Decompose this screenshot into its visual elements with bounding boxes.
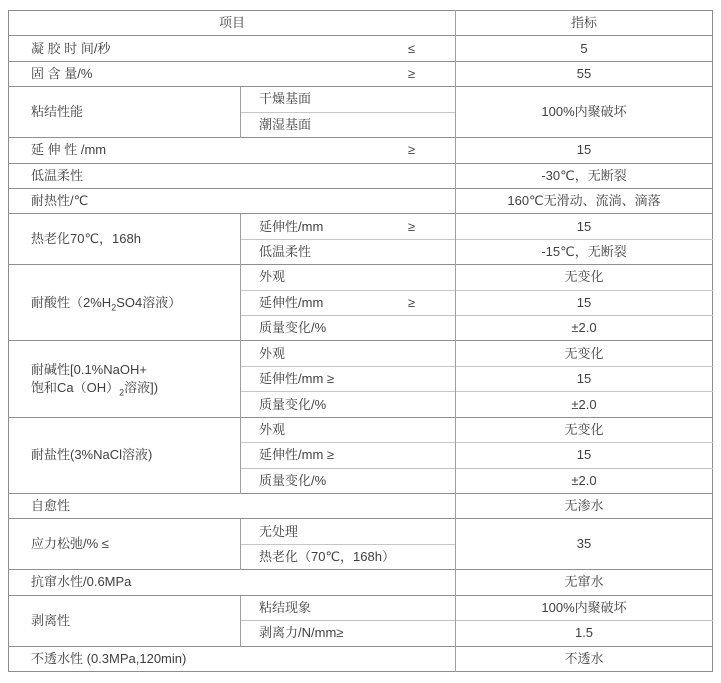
row-heat-resistance: 耐热性/℃ 160℃无滑动、流淌、滴落 <box>9 188 713 213</box>
self-healing-value: 无渗水 <box>456 494 713 519</box>
gel-time-label-cell: 凝 胶 时 间/秒 ≤ <box>9 36 456 61</box>
heat-resistance-label: 耐热性/℃ <box>9 188 456 213</box>
acid-label-cell: 耐酸性（2%H2SO4溶液） <box>9 265 241 341</box>
salt-mass-sublabel: 质量变化/% <box>241 468 456 493</box>
gel-time-value: 5 <box>456 36 713 61</box>
row-self-healing: 自愈性 无渗水 <box>9 494 713 519</box>
stress-relaxation-untreated-sublabel: 无处理 <box>241 519 456 544</box>
row-anti-water-channeling: 抗窜水性/0.6MPa 无窜水 <box>9 570 713 595</box>
gte-symbol: ≥ <box>408 141 415 159</box>
anti-water-channeling-label: 抗窜水性/0.6MPa <box>9 570 456 595</box>
solid-content-label-cell: 固 含 量/% ≥ <box>9 61 456 86</box>
gte-symbol: ≥ <box>408 294 415 312</box>
alkali-elongation-value: 15 <box>456 366 713 391</box>
heat-resistance-value: 160℃无滑动、流淌、滴落 <box>456 188 713 213</box>
alkali-label-line2-pre: 饱和Ca（OH） <box>31 380 119 395</box>
row-stress-relaxation-untreated: 应力松弛/% ≤ 无处理 35 <box>9 519 713 544</box>
row-salt-appearance: 耐盐性(3%NaCl溶液) 外观 无变化 <box>9 417 713 442</box>
stress-relaxation-heat-aged-sublabel: 热老化（70℃，168h） <box>241 544 456 569</box>
header-index-cell: 指标 <box>456 11 713 36</box>
acid-appearance-sublabel: 外观 <box>241 265 456 290</box>
solid-content-label: 固 含 量/% <box>31 65 92 83</box>
acid-label-pre: 耐酸性（2%H <box>31 295 111 310</box>
bonding-dry-sublabel: 干燥基面 <box>241 87 456 112</box>
acid-mass-value: ±2.0 <box>456 316 713 341</box>
row-low-temp-flex: 低温柔性 -30℃，无断裂 <box>9 163 713 188</box>
row-alkali-appearance: 耐碱性[0.1%NaOH+ 饱和Ca（OH）2溶液]) 外观 无变化 <box>9 341 713 366</box>
table-header-row: 项目 指标 <box>9 11 713 36</box>
alkali-label-line1: 耐碱性[0.1%NaOH+ <box>31 362 147 377</box>
peel-label-cell: 剥离性 <box>9 595 241 646</box>
salt-appearance-sublabel: 外观 <box>241 417 456 442</box>
salt-elongation-sublabel: 延伸性/mm ≥ <box>241 443 456 468</box>
row-heat-aging-elongation: 热老化70℃，168h 延伸性/mm ≥ 15 <box>9 214 713 239</box>
solid-content-value: 55 <box>456 61 713 86</box>
alkali-mass-value: ±2.0 <box>456 392 713 417</box>
gel-time-label: 凝 胶 时 间/秒 <box>31 40 110 58</box>
row-peel-bonding: 剥离性 粘结现象 100%内聚破坏 <box>9 595 713 620</box>
peel-bonding-value: 100%内聚破坏 <box>456 595 713 620</box>
impermeability-value: 不透水 <box>456 646 713 671</box>
heat-aging-low-temp-value: -15℃，无断裂 <box>456 239 713 264</box>
salt-elongation-value: 15 <box>456 443 713 468</box>
gte-symbol: ≥ <box>408 65 415 83</box>
salt-mass-value: ±2.0 <box>456 468 713 493</box>
alkali-mass-sublabel: 质量变化/% <box>241 392 456 417</box>
row-gel-time: 凝 胶 时 间/秒 ≤ 5 <box>9 36 713 61</box>
alkali-label-cell: 耐碱性[0.1%NaOH+ 饱和Ca（OH）2溶液]) <box>9 341 241 417</box>
bonding-label-cell: 粘结性能 <box>9 87 241 138</box>
heat-aging-elongation-sublabel: 延伸性/mm <box>259 218 323 236</box>
elongation-label: 延 伸 性 /mm <box>31 141 106 159</box>
heat-aging-low-temp-sublabel: 低温柔性 <box>241 239 456 264</box>
header-item-cell: 项目 <box>9 11 456 36</box>
elongation-value: 15 <box>456 138 713 163</box>
alkali-appearance-value: 无变化 <box>456 341 713 366</box>
bonding-value: 100%内聚破坏 <box>456 87 713 138</box>
bonding-wet-sublabel: 潮湿基面 <box>241 112 456 137</box>
row-acid-appearance: 耐酸性（2%H2SO4溶液） 外观 无变化 <box>9 265 713 290</box>
header-index-label: 指标 <box>571 15 597 30</box>
peel-bonding-sublabel: 粘结现象 <box>241 595 456 620</box>
salt-label-cell: 耐盐性(3%NaCl溶液) <box>9 417 241 493</box>
header-item-label: 项目 <box>219 15 245 30</box>
low-temp-flex-label: 低温柔性 <box>9 163 456 188</box>
impermeability-label: 不透水性 (0.3MPa,120min) <box>9 646 456 671</box>
acid-elongation-sublabel: 延伸性/mm <box>259 294 323 312</box>
row-elongation: 延 伸 性 /mm ≥ 15 <box>9 138 713 163</box>
alkali-elongation-sublabel: 延伸性/mm ≥ <box>241 366 456 391</box>
row-impermeability: 不透水性 (0.3MPa,120min) 不透水 <box>9 646 713 671</box>
alkali-appearance-sublabel: 外观 <box>241 341 456 366</box>
alkali-label-line2-post: 溶液]) <box>124 380 158 395</box>
acid-elongation-sublabel-cell: 延伸性/mm ≥ <box>241 290 456 315</box>
acid-appearance-value: 无变化 <box>456 265 713 290</box>
lte-symbol: ≤ <box>408 40 415 58</box>
acid-mass-sublabel: 质量变化/% <box>241 316 456 341</box>
low-temp-flex-value: -30℃，无断裂 <box>456 163 713 188</box>
salt-appearance-value: 无变化 <box>456 417 713 442</box>
acid-label-post: SO4溶液） <box>116 295 181 310</box>
heat-aging-elongation-value: 15 <box>456 214 713 239</box>
gte-symbol: ≥ <box>408 218 415 236</box>
spec-table: 项目 指标 凝 胶 时 间/秒 ≤ 5 固 含 量/% ≥ 55 粘结性能 干燥… <box>8 10 713 672</box>
heat-aging-label-cell: 热老化70℃，168h <box>9 214 241 265</box>
peel-force-sublabel: 剥离力/N/mm≥ <box>241 621 456 646</box>
acid-elongation-value: 15 <box>456 290 713 315</box>
heat-aging-elongation-sublabel-cell: 延伸性/mm ≥ <box>241 214 456 239</box>
anti-water-channeling-value: 无窜水 <box>456 570 713 595</box>
elongation-label-cell: 延 伸 性 /mm ≥ <box>9 138 456 163</box>
row-bonding-dry: 粘结性能 干燥基面 100%内聚破坏 <box>9 87 713 112</box>
self-healing-label: 自愈性 <box>9 494 456 519</box>
stress-relaxation-value: 35 <box>456 519 713 570</box>
stress-relaxation-label-cell: 应力松弛/% ≤ <box>9 519 241 570</box>
peel-force-value: 1.5 <box>456 621 713 646</box>
row-solid-content: 固 含 量/% ≥ 55 <box>9 61 713 86</box>
